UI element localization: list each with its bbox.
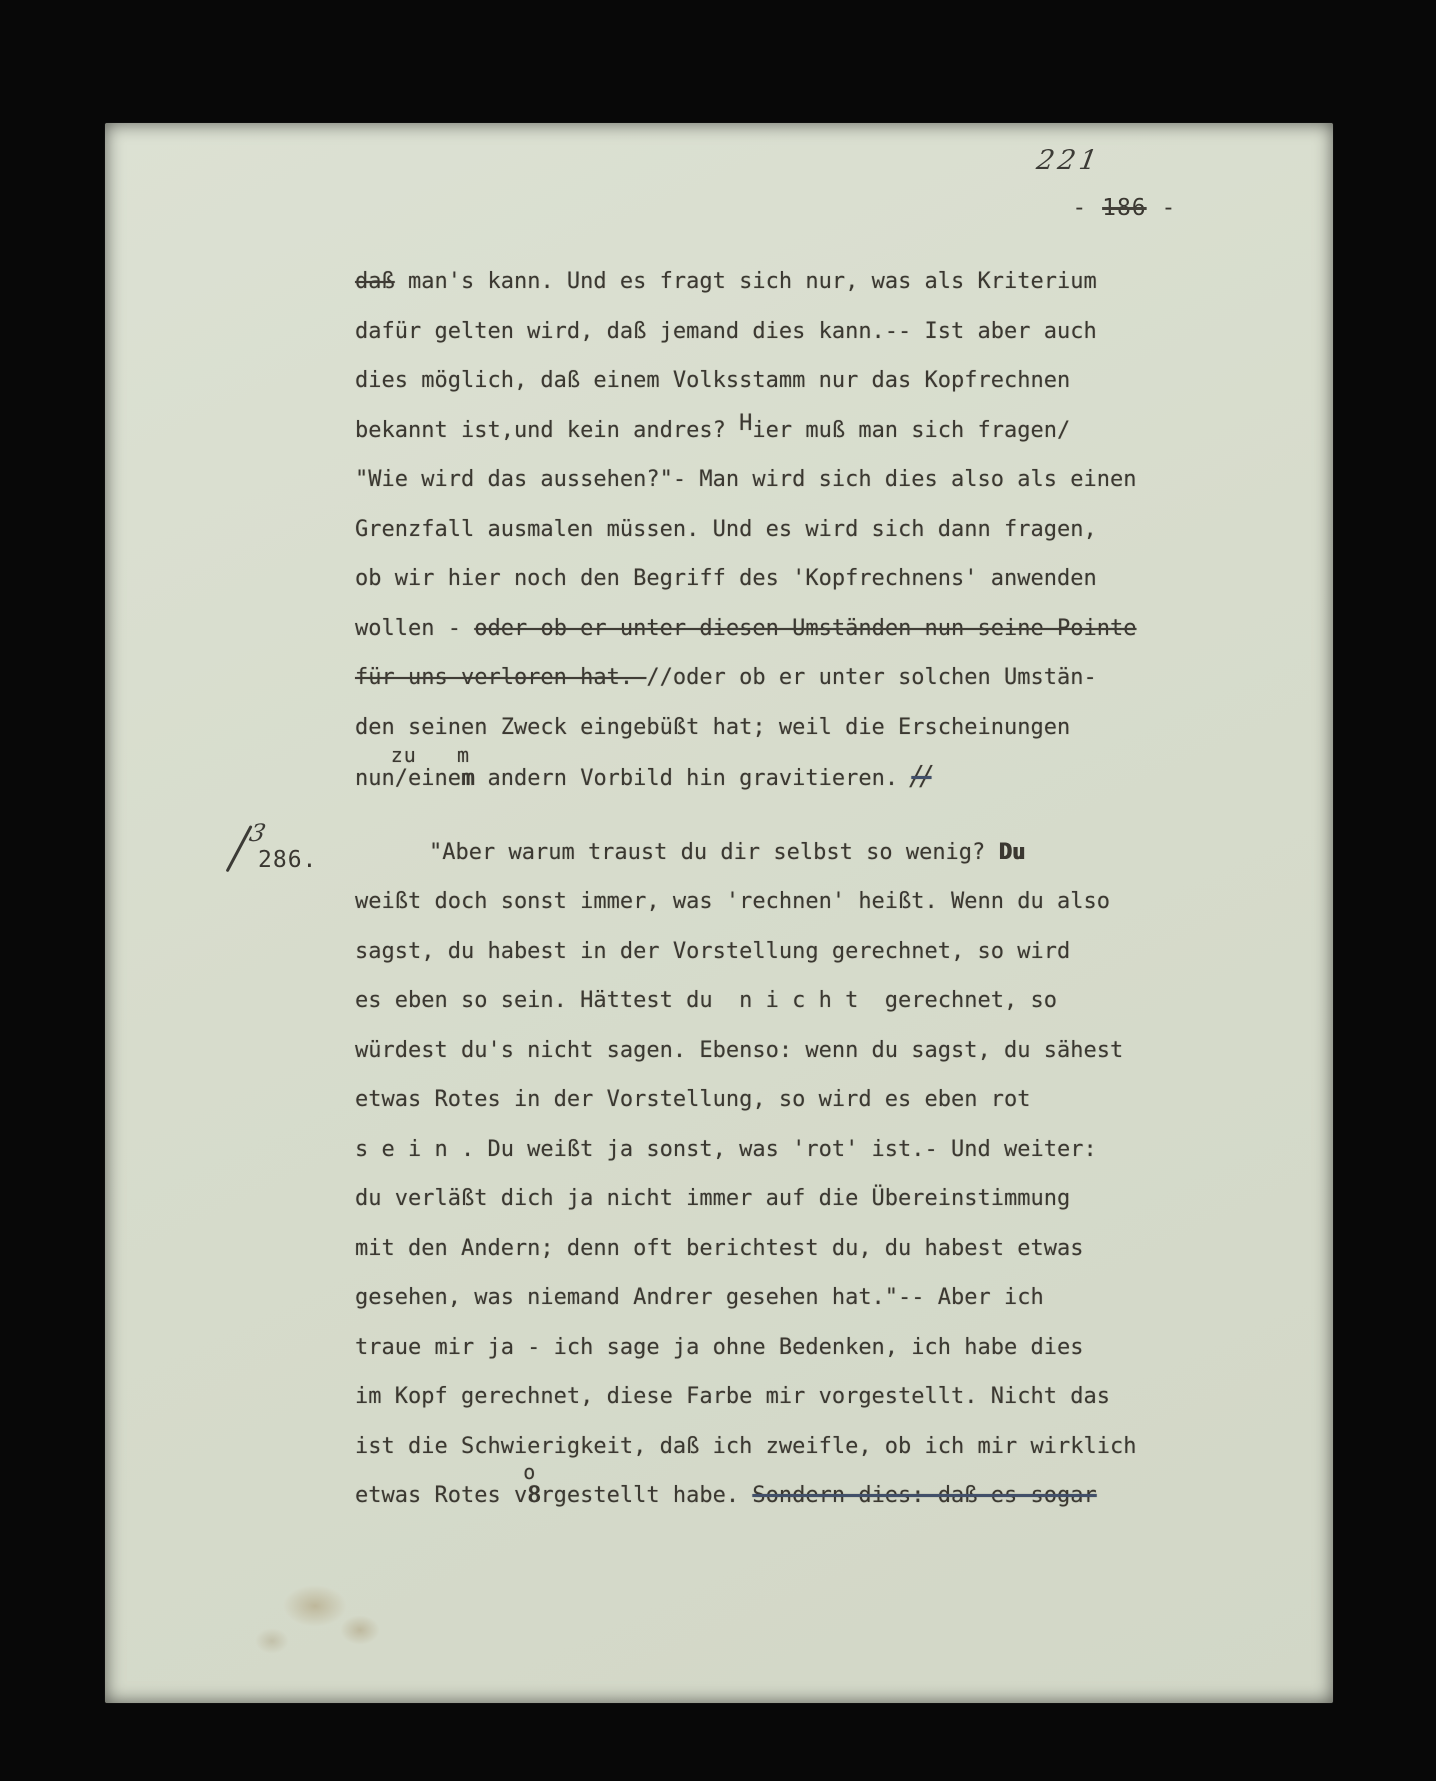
text-segment: sagst, du habest in der Vorstellung gere…	[355, 939, 1070, 964]
text-segment: andern Vorbild hin gravitieren.	[474, 766, 911, 791]
typescript-line: du verläßt dich ja nicht immer auf die Ü…	[355, 1174, 1185, 1224]
text-segment: gesehen, was niemand Andrer gesehen hat.…	[355, 1285, 1044, 1310]
text-segment: etwas Rotes v	[355, 1483, 527, 1508]
typescript-line: s e i n . Du weißt ja sonst, was 'rot' i…	[355, 1125, 1185, 1175]
text-segment: //oder ob er unter solchen Umstän-	[646, 665, 1096, 690]
typescript-line: "Wie wird das aussehen?"- Man wird sich …	[355, 455, 1185, 505]
interline-insertion: m	[457, 745, 470, 765]
text-segment: daß	[355, 269, 395, 294]
typescript-line: dies möglich, daß einem Volksstamm nur d…	[355, 356, 1185, 406]
text-segment: für uns verloren hat.	[355, 665, 646, 690]
typescript-line: sagst, du habest in der Vorstellung gere…	[355, 927, 1185, 977]
typescript-line: nunzu/einemm andern Vorbild hin gravitie…	[355, 752, 1185, 802]
margin-handwritten-digit: 3	[247, 819, 268, 847]
text-segment: Grenzfall ausmalen müssen. Und es wird s…	[355, 517, 1097, 542]
text-segment: Sondern dies: daß es sogar	[752, 1483, 1096, 1508]
typescript-line: ob wir hier noch den Begriff des 'Kopfre…	[355, 554, 1185, 604]
text-segment: ob wir hier noch den Begriff des 'Kopfre…	[355, 566, 1097, 591]
text-segment: wollen -	[355, 616, 474, 641]
pen-slash-mark	[226, 825, 253, 872]
text-segment: etwas Rotes in der Vorstellung, so wird …	[355, 1087, 1031, 1112]
typescript-line: wollen - oder ob er unter diesen Umständ…	[355, 604, 1185, 654]
text-segment: eine	[408, 766, 461, 791]
annotated-segment: o8	[527, 1483, 540, 1508]
typescript-line: für uns verloren hat. //oder ob er unter…	[355, 653, 1185, 703]
paper-stain	[283, 1585, 347, 1627]
typescript-line: bekannt ist,und kein andres? Hier muß ma…	[355, 406, 1185, 456]
typescript-line: im Kopf gerechnet, diese Farbe mir vorge…	[355, 1372, 1185, 1422]
typescript-line: den seinen Zweck eingebüßt hat; weil die…	[355, 703, 1185, 753]
text-segment: ier muß man sich fragen/	[752, 418, 1070, 443]
text-segment: Du	[999, 840, 1026, 865]
margin-typed-number: 286.	[258, 847, 317, 873]
text-segment: dafür gelten wird, daß jemand dies kann.…	[355, 319, 1097, 344]
text-segment: traue mir ja - ich sage ja ohne Bedenken…	[355, 1335, 1083, 1360]
photographed-typescript: { "document": { "paper_color": "#d7dccc"…	[0, 0, 1436, 1781]
text-segment: weißt doch sonst immer, was 'rechnen' he…	[355, 889, 1110, 914]
typescript-line: gesehen, was niemand Andrer gesehen hat.…	[355, 1273, 1185, 1323]
text-segment: "Aber warum traust du dir selbst so weni…	[429, 840, 999, 865]
typescript-line: traue mir ja - ich sage ja ohne Bedenken…	[355, 1323, 1185, 1373]
text-segment: du verläßt dich ja nicht immer auf die Ü…	[355, 1186, 1070, 1211]
annotated-segment: zu/	[395, 766, 408, 791]
typed-page-number-suffix: -	[1147, 195, 1177, 221]
paper-stain	[255, 1628, 289, 1654]
annotated-segment: mm	[461, 766, 474, 791]
text-segment: s e i n . Du weißt ja sonst, was 'rot' i…	[355, 1137, 1097, 1162]
typed-page-number-struck: 186	[1102, 195, 1147, 221]
paper-stain	[340, 1615, 380, 1645]
typescript-line: weißt doch sonst immer, was 'rechnen' he…	[355, 877, 1185, 927]
typescript-lines: daß man's kann. Und es fragt sich nur, w…	[355, 257, 1185, 1521]
text-segment: m	[461, 766, 474, 791]
text-segment: "Wie wird das aussehen?"- Man wird sich …	[355, 467, 1136, 492]
typescript-line: etwas Rotes in der Vorstellung, so wird …	[355, 1075, 1185, 1125]
text-segment: 8	[527, 1483, 540, 1508]
text-segment: man's kann. Und es fragt sich nur, was a…	[395, 269, 1097, 294]
typescript-line: "Aber warum traust du dir selbst so weni…	[355, 828, 1185, 878]
text-segment: rgestellt habe.	[540, 1483, 752, 1508]
text-segment: /	[395, 766, 408, 791]
typescript-line: dafür gelten wird, daß jemand dies kann.…	[355, 307, 1185, 357]
text-segment: ist die Schwierigkeit, daß ich zweifle, …	[355, 1434, 1136, 1459]
typescript-page: 221 - 186 - 3 286. daß man's kann. Und e…	[105, 123, 1333, 1703]
text-segment: den seinen Zweck eingebüßt hat; weil die…	[355, 715, 1070, 740]
text-segment: oder ob er unter diesen Umständen nun se…	[474, 616, 1136, 641]
text-segment: H	[739, 411, 752, 436]
text-segment: bekannt ist,und kein andres?	[355, 418, 739, 443]
text-segment: nun	[355, 766, 395, 791]
typescript-line: ist die Schwierigkeit, daß ich zweifle, …	[355, 1422, 1185, 1472]
typescript-line: daß man's kann. Und es fragt sich nur, w…	[355, 257, 1185, 307]
text-segment: //	[911, 761, 931, 792]
typescript-line: würdest du's nicht sagen. Ebenso: wenn d…	[355, 1026, 1185, 1076]
interline-insertion: zu	[391, 745, 417, 765]
text-segment: im Kopf gerechnet, diese Farbe mir vorge…	[355, 1384, 1110, 1409]
typescript-line: Grenzfall ausmalen müssen. Und es wird s…	[355, 505, 1185, 555]
text-segment: würdest du's nicht sagen. Ebenso: wenn d…	[355, 1038, 1123, 1063]
typed-page-number: - 186 -	[1013, 169, 1176, 247]
text-segment: es eben so sein. Hättest du n i c h t ge…	[355, 988, 1057, 1013]
typed-page-number-prefix: -	[1072, 195, 1102, 221]
text-segment: dies möglich, daß einem Volksstamm nur d…	[355, 368, 1070, 393]
typescript-line: es eben so sein. Hättest du n i c h t ge…	[355, 976, 1185, 1026]
text-segment: mit den Andern; denn oft berichtest du, …	[355, 1236, 1083, 1261]
interline-insertion: o	[523, 1462, 536, 1482]
typescript-line: mit den Andern; denn oft berichtest du, …	[355, 1224, 1185, 1274]
typescript-line: etwas Rotes vo8rgestellt habe. Sondern d…	[355, 1471, 1185, 1521]
margin-remark: 3 286.	[248, 823, 338, 883]
